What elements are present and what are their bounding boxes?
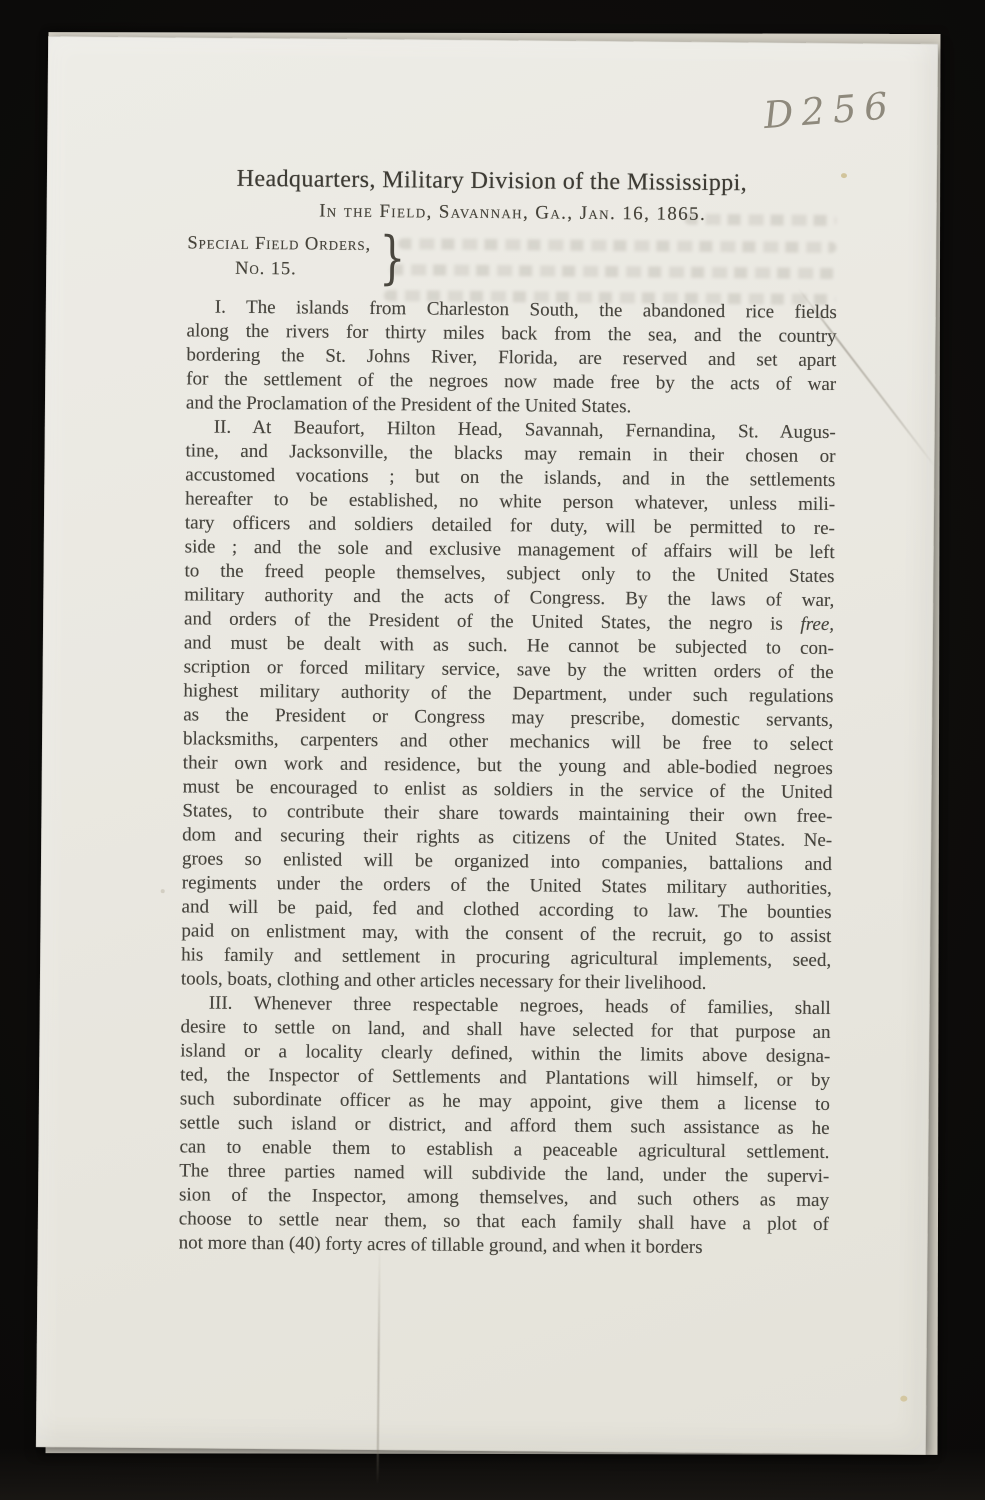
document-dateline: In the Field, Savannah, Ga., Jan. 16, 18… <box>188 198 838 228</box>
order-designation-labels: Special Field Orders, No. 15. <box>187 231 371 283</box>
brace-glyph: } <box>379 232 406 284</box>
document-page: D256 Headquarters, Military Division of … <box>36 36 938 1455</box>
paper-fold-crease <box>377 1244 381 1484</box>
paper-stain <box>900 1396 907 1402</box>
paper-stain <box>161 889 165 893</box>
paper-stain <box>841 173 847 178</box>
order-designation: Special Field Orders, No. 15. } <box>187 231 837 288</box>
printed-text-column: Headquarters, Military Division of the M… <box>179 37 840 1261</box>
document-title: Headquarters, Military Division of the M… <box>188 163 838 199</box>
background-light-reflection <box>0 1448 985 1500</box>
order-number: No. 15. <box>187 256 371 283</box>
order-text: I. The islands from Charleston South, th… <box>179 295 837 1261</box>
photo-background: D256 Headquarters, Military Division of … <box>0 0 985 1500</box>
order-label: Special Field Orders, <box>187 233 371 255</box>
